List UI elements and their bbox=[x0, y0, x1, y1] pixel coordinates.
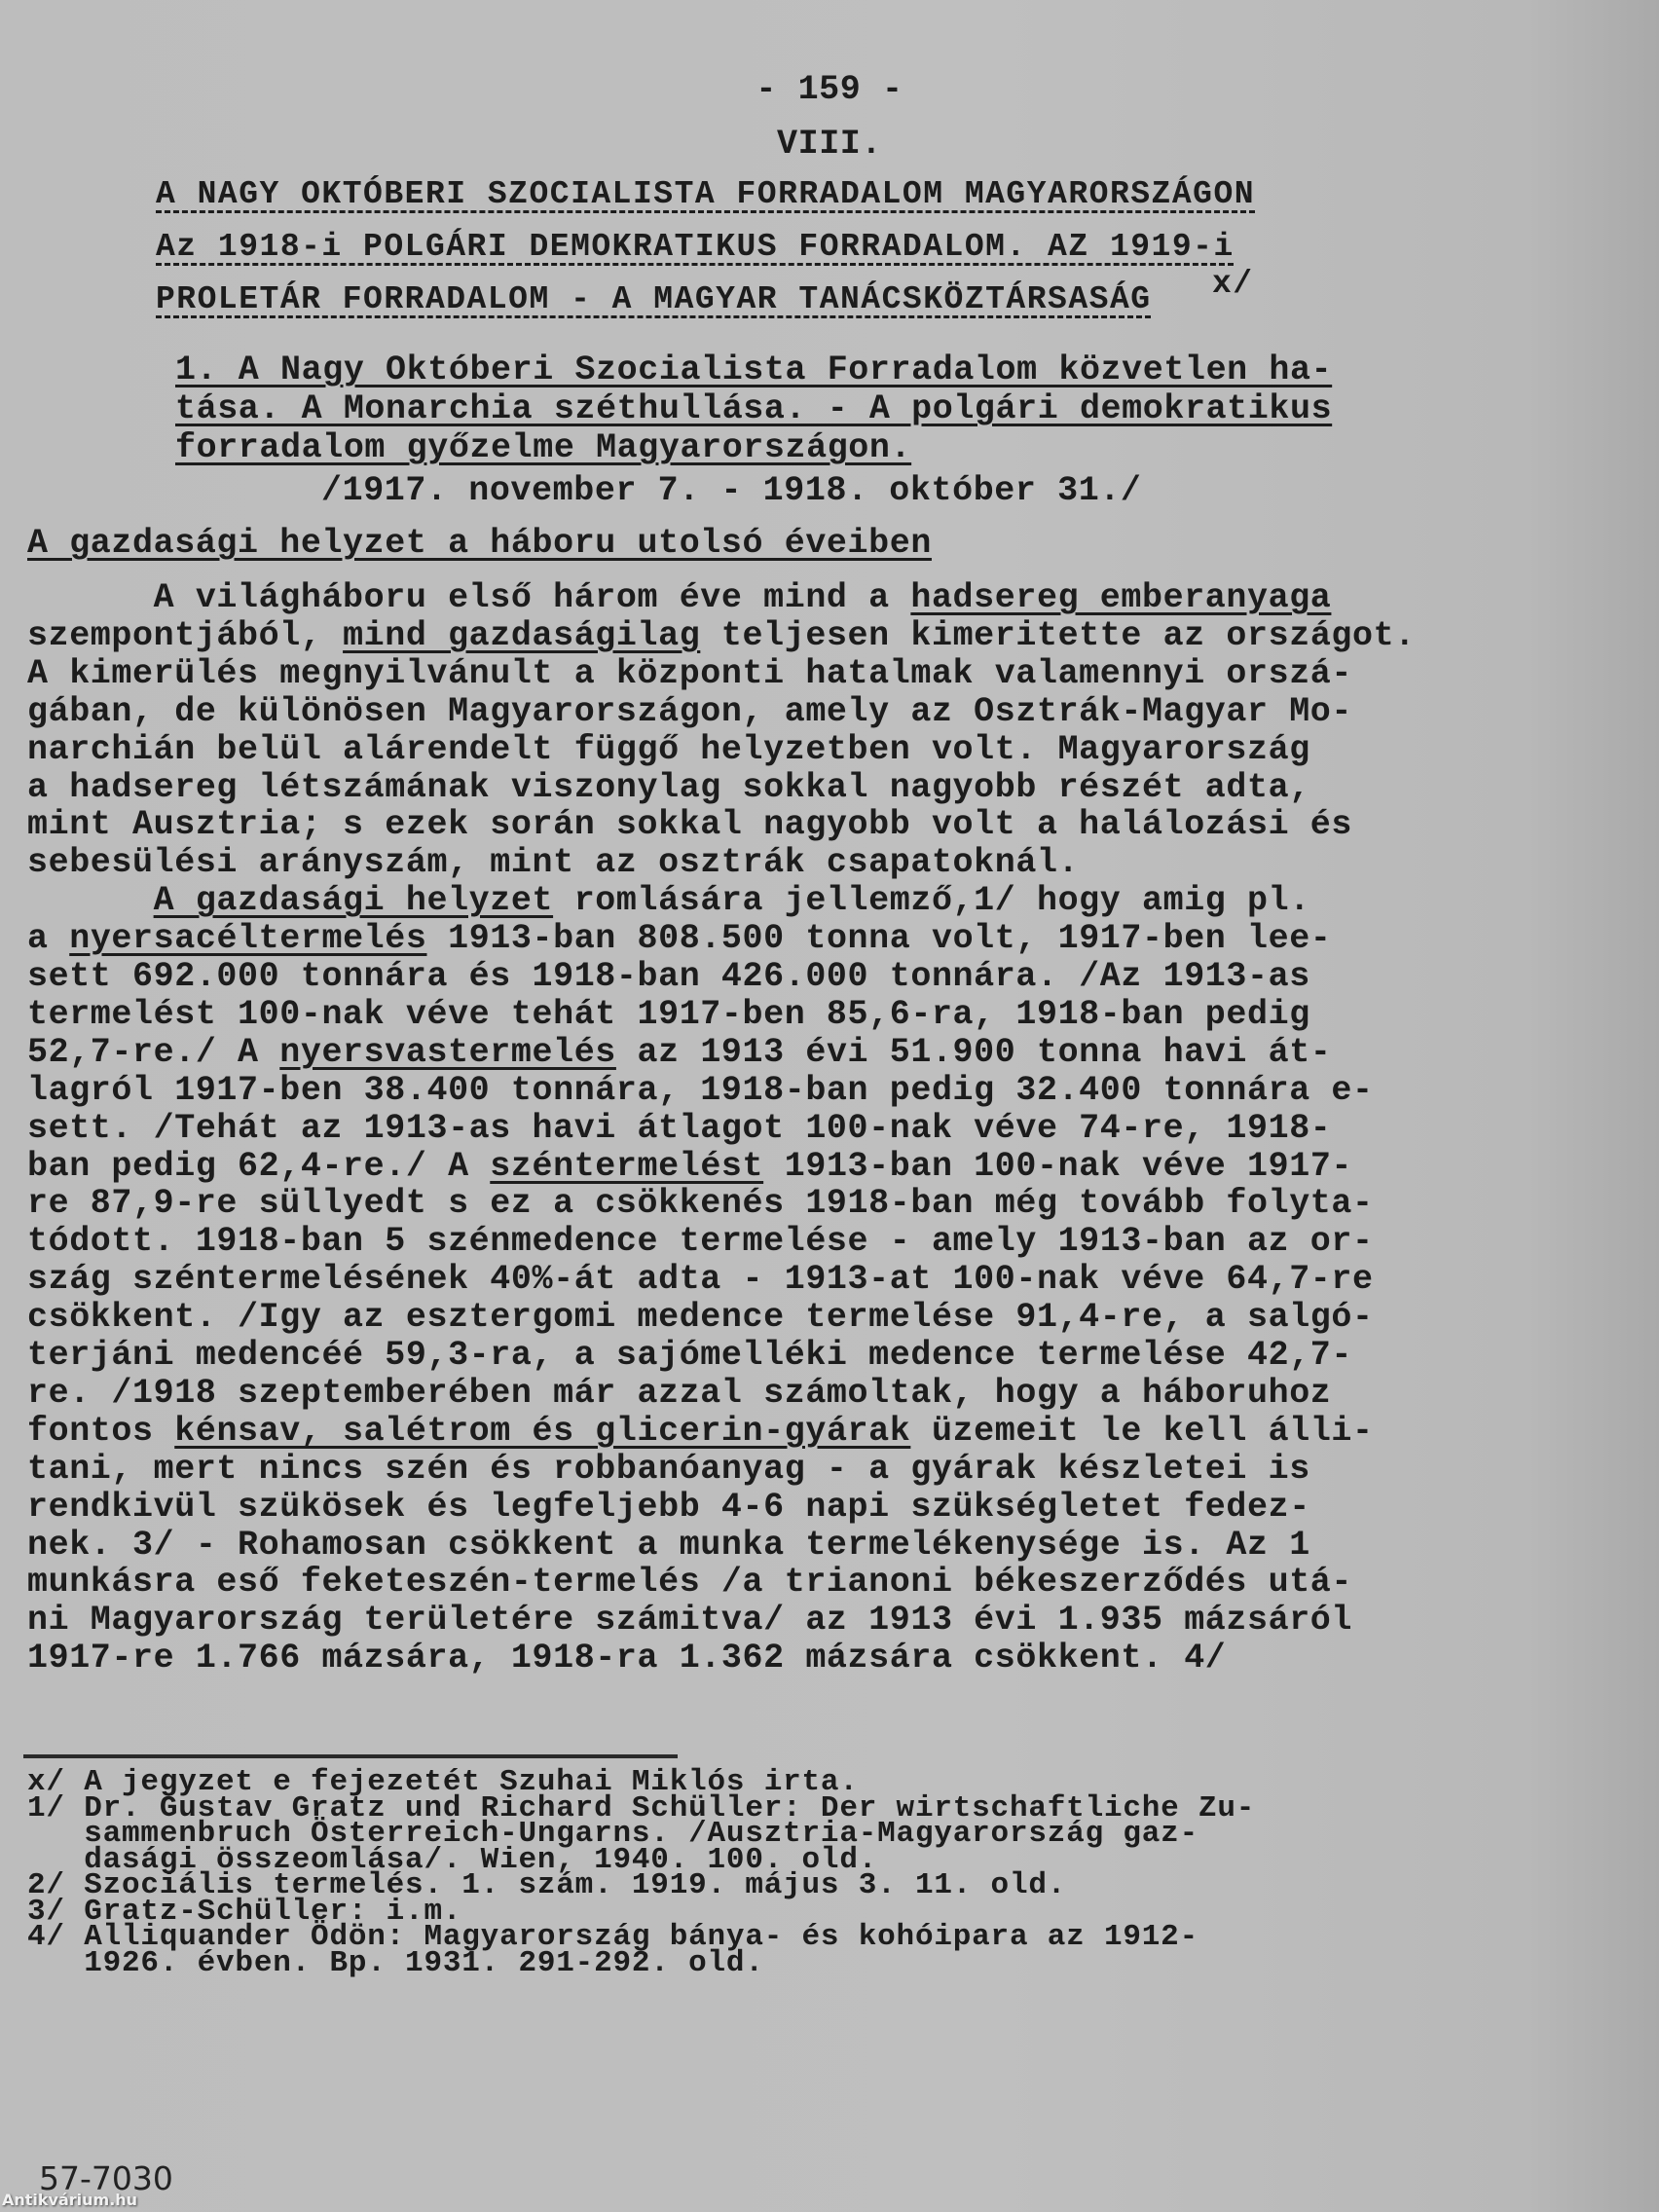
body-line: a hadsereg létszámának viszonylag sokkal… bbox=[27, 768, 1310, 807]
body-line: nek. 3/ - Rohamosan csökkent a munka ter… bbox=[27, 1526, 1310, 1565]
chapter-title-line: A NAGY OKTÓBERI SZOCIALISTA FORRADALOM M… bbox=[156, 175, 1255, 214]
body-line: tani, mert nincs szén és robbanóanyag - … bbox=[27, 1450, 1310, 1489]
body-line: A kimerülés megnyilvánult a központi hat… bbox=[27, 654, 1352, 693]
body-text-span: 1913-ban 808.500 tonna volt, 1917-ben le… bbox=[426, 919, 1331, 958]
body-text-span: terjáni medencéé 59,3-ra, a sajómelléki … bbox=[27, 1336, 1352, 1375]
footnote-line: 1926. évben. Bp. 1931. 291-292. old. bbox=[27, 1951, 764, 1976]
body-text-span: A kimerülés megnyilvánult a központi hat… bbox=[27, 654, 1352, 693]
footnote-divider bbox=[23, 1754, 678, 1758]
body-text-span: gában, de különösen Magyarországon, amel… bbox=[27, 692, 1352, 731]
scanned-page: - 159 - VIII. A NAGY OKTÓBERI SZOCIALIST… bbox=[0, 0, 1659, 2212]
body-line: sett. /Tehát az 1913-as havi átlagot 100… bbox=[27, 1109, 1331, 1148]
body-text-span: sett 692.000 tonnára és 1918-ban 426.000… bbox=[27, 957, 1310, 996]
underlined-emphasis: kénsav, salétrom és glicerin-gyárak bbox=[174, 1412, 910, 1451]
body-text-span: a hadsereg létszámának viszonylag sokkal… bbox=[27, 768, 1310, 807]
body-text-span: szág széntermelésének 40%-át adta - 1913… bbox=[27, 1260, 1374, 1299]
body-line: ban pedig 62,4-re./ A széntermelést 1913… bbox=[27, 1147, 1352, 1186]
body-line: re 87,9-re süllyedt s ez a csökkenés 191… bbox=[27, 1184, 1374, 1223]
body-text-span: romlására jellemző,1/ hogy amig pl. bbox=[553, 881, 1310, 920]
subsection-heading: A gazdasági helyzet a háboru utolsó évei… bbox=[27, 524, 932, 563]
body-text-span: re 87,9-re süllyedt s ez a csökkenés 191… bbox=[27, 1184, 1374, 1223]
body-line: re. /1918 szeptemberében már azzal számo… bbox=[27, 1374, 1331, 1413]
body-line: 52,7-re./ A nyersvastermelés az 1913 évi… bbox=[27, 1033, 1331, 1072]
body-line: gában, de különösen Magyarországon, amel… bbox=[27, 692, 1352, 731]
underlined-emphasis: nyersvastermelés bbox=[279, 1033, 616, 1072]
body-line: sebesülési arányszám, mint az osztrák cs… bbox=[27, 843, 1079, 882]
underlined-emphasis: nyersacéltermelés bbox=[69, 919, 426, 958]
underlined-emphasis: széntermelést bbox=[490, 1147, 763, 1186]
body-text-span: szempontjából, bbox=[27, 616, 343, 655]
body-line: 1917-re 1.766 mázsára, 1918-ra 1.362 máz… bbox=[27, 1639, 1226, 1677]
body-text-span: re. /1918 szeptemberében már azzal számo… bbox=[27, 1374, 1331, 1413]
chapter-title-line: PROLETÁR FORRADALOM - A MAGYAR TANÁCSKÖZ… bbox=[156, 280, 1152, 319]
body-line: termelést 100-nak véve tehát 1917-ben 85… bbox=[27, 995, 1310, 1034]
body-text-span: nek. 3/ - Rohamosan csökkent a munka ter… bbox=[27, 1526, 1310, 1565]
body-text-span bbox=[27, 881, 154, 920]
body-line: szempontjából, mind gazdaságilag teljese… bbox=[27, 616, 1416, 655]
body-text-span: fontos bbox=[27, 1412, 174, 1451]
body-line: ni Magyarország területére számitva/ az … bbox=[27, 1601, 1352, 1640]
body-text-span: csökkent. /Igy az esztergomi medence ter… bbox=[27, 1298, 1374, 1337]
body-text-span: rendkivül szükösek és legfeljebb 4-6 nap… bbox=[27, 1488, 1310, 1527]
body-text-span: 1917-re 1.766 mázsára, 1918-ra 1.362 máz… bbox=[27, 1639, 1226, 1677]
body-text-span: A világháboru első három éve mind a bbox=[27, 578, 910, 617]
body-text-span: sett. /Tehát az 1913-as havi átlagot 100… bbox=[27, 1109, 1331, 1148]
body-line: lagról 1917-ben 38.400 tonnára, 1918-ban… bbox=[27, 1071, 1374, 1110]
body-line: A világháboru első három éve mind a hads… bbox=[27, 578, 1331, 617]
body-text-span: ni Magyarország területére számitva/ az … bbox=[27, 1601, 1352, 1640]
body-line: mint Ausztria; s ezek során sokkal nagyo… bbox=[27, 805, 1352, 844]
body-text-span: ban pedig 62,4-re./ A bbox=[27, 1147, 490, 1186]
body-text-span: 52,7-re./ A bbox=[27, 1033, 279, 1072]
body-text-span: tani, mert nincs szén és robbanóanyag - … bbox=[27, 1450, 1310, 1489]
body-line: tódott. 1918-ban 5 szénmedence termelése… bbox=[27, 1222, 1374, 1261]
body-text-span: lagról 1917-ben 38.400 tonnára, 1918-ban… bbox=[27, 1071, 1374, 1110]
body-text-span: az 1913 évi 51.900 tonna havi át- bbox=[616, 1033, 1332, 1072]
underlined-emphasis: A gazdasági helyzet bbox=[154, 881, 553, 920]
body-text-span: 1913-ban 100-nak véve 1917- bbox=[763, 1147, 1352, 1186]
body-text-span: teljesen kimeritette az országot. bbox=[700, 616, 1416, 655]
body-text-span: mint Ausztria; s ezek során sokkal nagyo… bbox=[27, 805, 1352, 844]
body-line: narchián belül alárendelt függő helyzetb… bbox=[27, 730, 1310, 769]
body-line: rendkivül szükösek és legfeljebb 4-6 nap… bbox=[27, 1488, 1310, 1527]
body-line: szág széntermelésének 40%-át adta - 1913… bbox=[27, 1260, 1374, 1299]
underlined-emphasis: mind gazdaságilag bbox=[343, 616, 700, 655]
body-line: A gazdasági helyzet romlására jellemző,1… bbox=[27, 881, 1310, 920]
body-text-span: a bbox=[27, 919, 69, 958]
section-dates: /1917. november 7. - 1918. október 31./ bbox=[321, 471, 1142, 510]
body-line: terjáni medencéé 59,3-ra, a sajómelléki … bbox=[27, 1336, 1352, 1375]
section-heading-line: tása. A Monarchia széthullása. - A polgá… bbox=[175, 389, 1332, 428]
body-text-span: narchián belül alárendelt függő helyzetb… bbox=[27, 730, 1310, 769]
body-line: csökkent. /Igy az esztergomi medence ter… bbox=[27, 1298, 1374, 1337]
body-text-span: üzemeit le kell álli- bbox=[910, 1412, 1373, 1451]
chapter-title-line: Az 1918-i POLGÁRI DEMOKRATIKUS FORRADALO… bbox=[156, 228, 1235, 267]
body-text-span: tódott. 1918-ban 5 szénmedence termelése… bbox=[27, 1222, 1374, 1261]
watermark: Antikvárium.hu bbox=[2, 2191, 137, 2209]
section-heading-line: forradalom győzelme Magyarországon. bbox=[175, 428, 911, 467]
body-line: fontos kénsav, salétrom és glicerin-gyár… bbox=[27, 1412, 1374, 1451]
title-footnote-marker: x/ bbox=[1212, 265, 1254, 304]
body-line: sett 692.000 tonnára és 1918-ban 426.000… bbox=[27, 957, 1310, 996]
section-heading-line: 1. A Nagy Októberi Szocialista Forradalo… bbox=[175, 350, 1332, 389]
body-line: a nyersacéltermelés 1913-ban 808.500 ton… bbox=[27, 919, 1331, 958]
body-text-span: termelést 100-nak véve tehát 1917-ben 85… bbox=[27, 995, 1310, 1034]
body-text-span: sebesülési arányszám, mint az osztrák cs… bbox=[27, 843, 1079, 882]
body-text-span: munkásra eső feketeszén-termelés /a tria… bbox=[27, 1563, 1352, 1602]
chapter-number: VIII. bbox=[0, 125, 1659, 164]
page-number: - 159 - bbox=[0, 70, 1659, 109]
body-line: munkásra eső feketeszén-termelés /a tria… bbox=[27, 1563, 1352, 1602]
underlined-emphasis: hadsereg emberanyaga bbox=[910, 578, 1331, 617]
